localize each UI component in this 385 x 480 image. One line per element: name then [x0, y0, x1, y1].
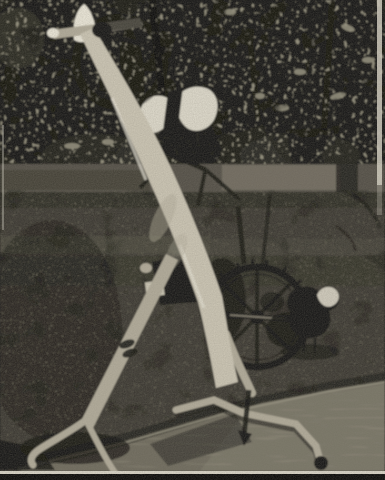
- film-grain: [0, 0, 385, 480]
- photo-canvas: EL: [0, 0, 385, 480]
- photo-frame: Black-and-white photograph of an antique…: [0, 0, 385, 480]
